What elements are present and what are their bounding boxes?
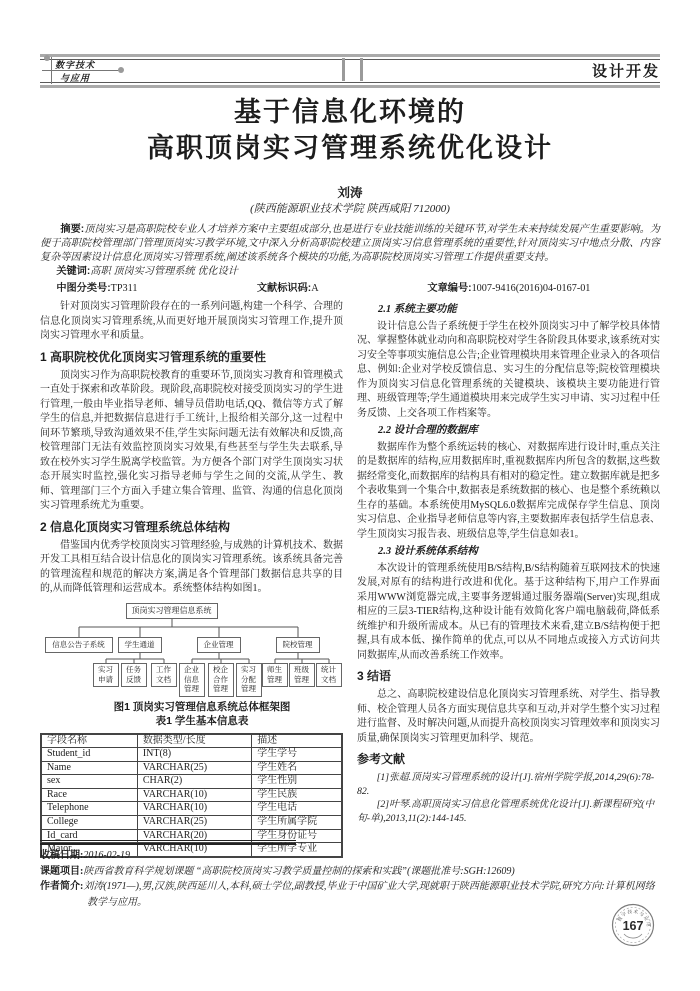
doc-code-label: 文献标识码: [257,283,311,294]
diagram-leaf-assignment: 实习分配管理 [236,663,262,697]
left-column: 针对顶岗实习管理阶段存在的一系列问题,构建一个科学、合理的信息化顶岗实习管理系统… [40,300,343,858]
table-row: Student_idINT(8)学生学号 [41,748,342,762]
cell-type: VARCHAR(25) [137,816,251,830]
diagram-leaf-internship-apply: 实习申请 [93,663,119,687]
logo-dot-icon [118,67,124,73]
keywords-text: 高职 顶岗实习管理系统 优化设计 [90,266,238,277]
table-row: sexCHAR(2)学生性别 [41,775,342,789]
clc-label: 中图分类号: [56,283,110,294]
col-header-desc: 描述 [252,734,342,748]
section-2-text: 借鉴国内优秀学校顶岗实习管理经验,与成熟的计算机技术、数据开发工具相互结合设计信… [40,539,343,597]
header-bar-icon [342,58,345,81]
diagram-leaf-class-mgmt: 班级管理 [289,663,315,687]
author-affiliation: (陕西能源职业技术学院 陕西咸阳 712000) [0,200,700,216]
diagram-leaf-work-docs: 工作文档 [151,663,177,687]
intro-paragraph: 针对顶岗实习管理阶段存在的一系列问题,构建一个科学、合理的信息化顶岗实习管理系统… [40,300,343,344]
figure-1-caption: 图1 顶岗实习管理信息系统总体框架图 [40,700,343,715]
abstract-label: 摘要: [60,224,84,235]
section-1-text: 顶岗实习作为高职院校教育的重要环节,顶岗实习教育和管理模式一直处于探索和改革阶段… [40,369,343,514]
diagram-leaf-task-feedback: 任务反馈 [121,663,147,687]
logo-dot-icon [44,55,50,61]
cell-type: CHAR(2) [137,775,251,789]
abstract-text: 顶岗实习是高职院校专业人才培养方案中主要组成部分,也是进行专业技能训练的关键环节… [40,224,660,263]
journal-page: 数字技术 与应用 设计开发 基于信息化环境的 高职顶岗实习管理系统优化设计 刘涛… [0,0,700,991]
diagram-node-college-mgmt: 院校管理 [276,637,320,653]
article-no-segment: 文章编号:1007-9416(2016)04-0167-01 [427,283,590,294]
diagram-leaf-enterprise-info: 企业信息管理 [179,663,205,697]
article-title: 基于信息化环境的 高职顶岗实习管理系统优化设计 [0,94,700,166]
author-bio-line: 作者简介:刘涛(1971—),男,汉族,陕西延川人,本科,硕士学位,副教授,毕业… [40,879,662,910]
diagram-root-node: 顶岗实习管理信息系统 [126,603,218,619]
diagram-leaf-teacher-student: 师生管理 [262,663,288,687]
section-1-heading: 1 高职院校优化顶岗实习管理系统的重要性 [40,349,343,365]
keywords-label: 关键词: [56,266,90,277]
section-2-1-text: 设计信息公告子系统便于学生在校外顶岗实习中了解学校具体情况、掌握整体就业动向和高… [357,320,660,422]
received-value: 2016-02-19 [83,850,130,861]
reference-item: [1]张超.顶岗实习管理系统的设计[J].宿州学院学报,2014,29(6):7… [357,771,660,798]
section-2-3-text: 本次设计的管理系统使用B/S结构,B/S结构随着互联网技术的快速发展,对原有的结… [357,562,660,664]
col-header-type: 数据类型/长度 [137,734,251,748]
cell-field: sex [41,775,137,789]
references-heading: 参考文献 [357,751,660,767]
table-row: CollegeVARCHAR(25)学生所属学院 [41,816,342,830]
journal-logo: 数字技术 与应用 [42,58,134,83]
clc-value: TP311 [111,283,138,294]
diagram-node-student-channel: 学生通道 [118,637,162,653]
footnote-block: 收稿日期:2016-02-19 课题项目:陕西省教育科学规划课题 “高职院校顶岗… [40,848,662,910]
doc-code-value: A [311,283,318,294]
cell-desc: 学生性别 [252,775,342,789]
article-title-line1: 基于信息化环境的 [0,94,700,130]
cell-field: Telephone [41,802,137,816]
project-label: 课题项目: [40,866,83,877]
cell-type: VARCHAR(10) [137,802,251,816]
page-number-stamp: 数字技术与应用 167 [611,903,655,947]
article-title-line2: 高职顶岗实习管理系统优化设计 [0,130,700,166]
cell-desc: 学生姓名 [252,761,342,775]
journal-name-line1: 数字技术 [55,58,95,71]
table-header-row: 字段名称 数据类型/长度 描述 [41,734,342,748]
section-2-1-heading: 2.1 系统主要功能 [357,303,660,318]
page-number: 167 [623,919,644,933]
keywords-line: 关键词:高职 顶岗实习管理系统 优化设计 [40,265,660,279]
section-3-heading: 3 结语 [357,668,660,684]
received-date-line: 收稿日期:2016-02-19 [40,848,662,864]
diagram-node-enterprise-mgmt: 企业管理 [197,637,241,653]
col-header-field: 字段名称 [41,734,137,748]
journal-name-line2: 与应用 [60,71,90,84]
diagram-node-info-bulletin: 信息公告子系统 [45,637,113,653]
article-no-label: 文章编号: [427,283,471,294]
body-columns: 针对顶岗实习管理阶段存在的一系列问题,构建一个科学、合理的信息化顶岗实习管理系统… [40,300,660,858]
table-row: RaceVARCHAR(10)学生民族 [41,788,342,802]
abstract-paragraph: 摘要:顶岗实习是高职院校专业人才培养方案中主要组成部分,也是进行专业技能训练的关… [40,223,660,264]
cell-desc: 学生所属学院 [252,816,342,830]
figure-1-diagram: 顶岗实习管理信息系统 信息公告子系统 学生通道 企业管理 院校管理 实习申请 任… [42,603,342,700]
diagram-leaf-school-enterprise: 校企合作管理 [208,663,234,697]
author-name: 刘涛 [0,183,700,201]
cell-desc: 学生学号 [252,748,342,762]
diagram-leaf-statistics: 统计文档 [316,663,342,687]
bio-value: 刘涛(1971—),男,汉族,陕西延川人,本科,硕士学位,副教授,毕业于中国矿业… [83,881,654,908]
project-value: 陕西省教育科学规划课题 “高职院校顶岗实习教学质量控制的探索和实践”(课题批准号… [83,866,514,877]
section-2-3-heading: 2.3 设计系统体系结构 [357,545,660,560]
cell-field: Student_id [41,748,137,762]
abstract-block: 摘要:顶岗实习是高职院校专业人才培养方案中主要组成部分,也是进行专业技能训练的关… [40,223,660,296]
cell-type: VARCHAR(10) [137,788,251,802]
classification-line: 中图分类号:TP311 文献标识码:A 文章编号:1007-9416(2016)… [40,282,660,296]
footnote-rule [40,840,296,845]
section-3-text: 总之、高职院校建设信息化顶岗实习管理系统、对学生、指导教师、校企管理人员各方面实… [357,688,660,746]
clc-segment: 中图分类号:TP311 [56,282,254,296]
table-row: NameVARCHAR(25)学生姓名 [41,761,342,775]
cell-field: Name [41,761,137,775]
header-bar-icon [360,58,363,81]
column-section-label: 设计开发 [592,60,660,81]
cell-field: College [41,816,137,830]
table-row: TelephoneVARCHAR(10)学生电话 [41,802,342,816]
table-1-caption: 表1 学生基本信息表 [40,714,343,729]
section-2-heading: 2 信息化顶岗实习管理系统总体结构 [40,519,343,535]
cell-field: Race [41,788,137,802]
cell-desc: 学生电话 [252,802,342,816]
reference-item: [2]叶琴.高职顶岗实习信息化管理系统优化设计[J].新课程研究(中旬-单),2… [357,798,660,825]
received-label: 收稿日期: [40,850,83,861]
project-line: 课题项目:陕西省教育科学规划课题 “高职院校顶岗实习教学质量控制的探索和实践”(… [40,864,662,880]
cell-type: VARCHAR(25) [137,761,251,775]
section-2-2-heading: 2.2 设计合理的数据库 [357,424,660,439]
cell-desc: 学生民族 [252,788,342,802]
right-column: 2.1 系统主要功能 设计信息公告子系统便于学生在校外顶岗实习中了解学校具体情况… [357,300,660,858]
doc-code-segment: 文献标识码:A [257,282,425,296]
cell-type: INT(8) [137,748,251,762]
stamp-icon: 数字技术与应用 167 [611,903,655,947]
bio-label: 作者简介: [40,881,83,892]
section-2-2-text: 数据库作为整个系统运转的核心、对数据库进行设计时,重点关注的是数据库的结构,应用… [357,441,660,543]
article-no-value: 1007-9416(2016)04-0167-01 [472,283,591,294]
